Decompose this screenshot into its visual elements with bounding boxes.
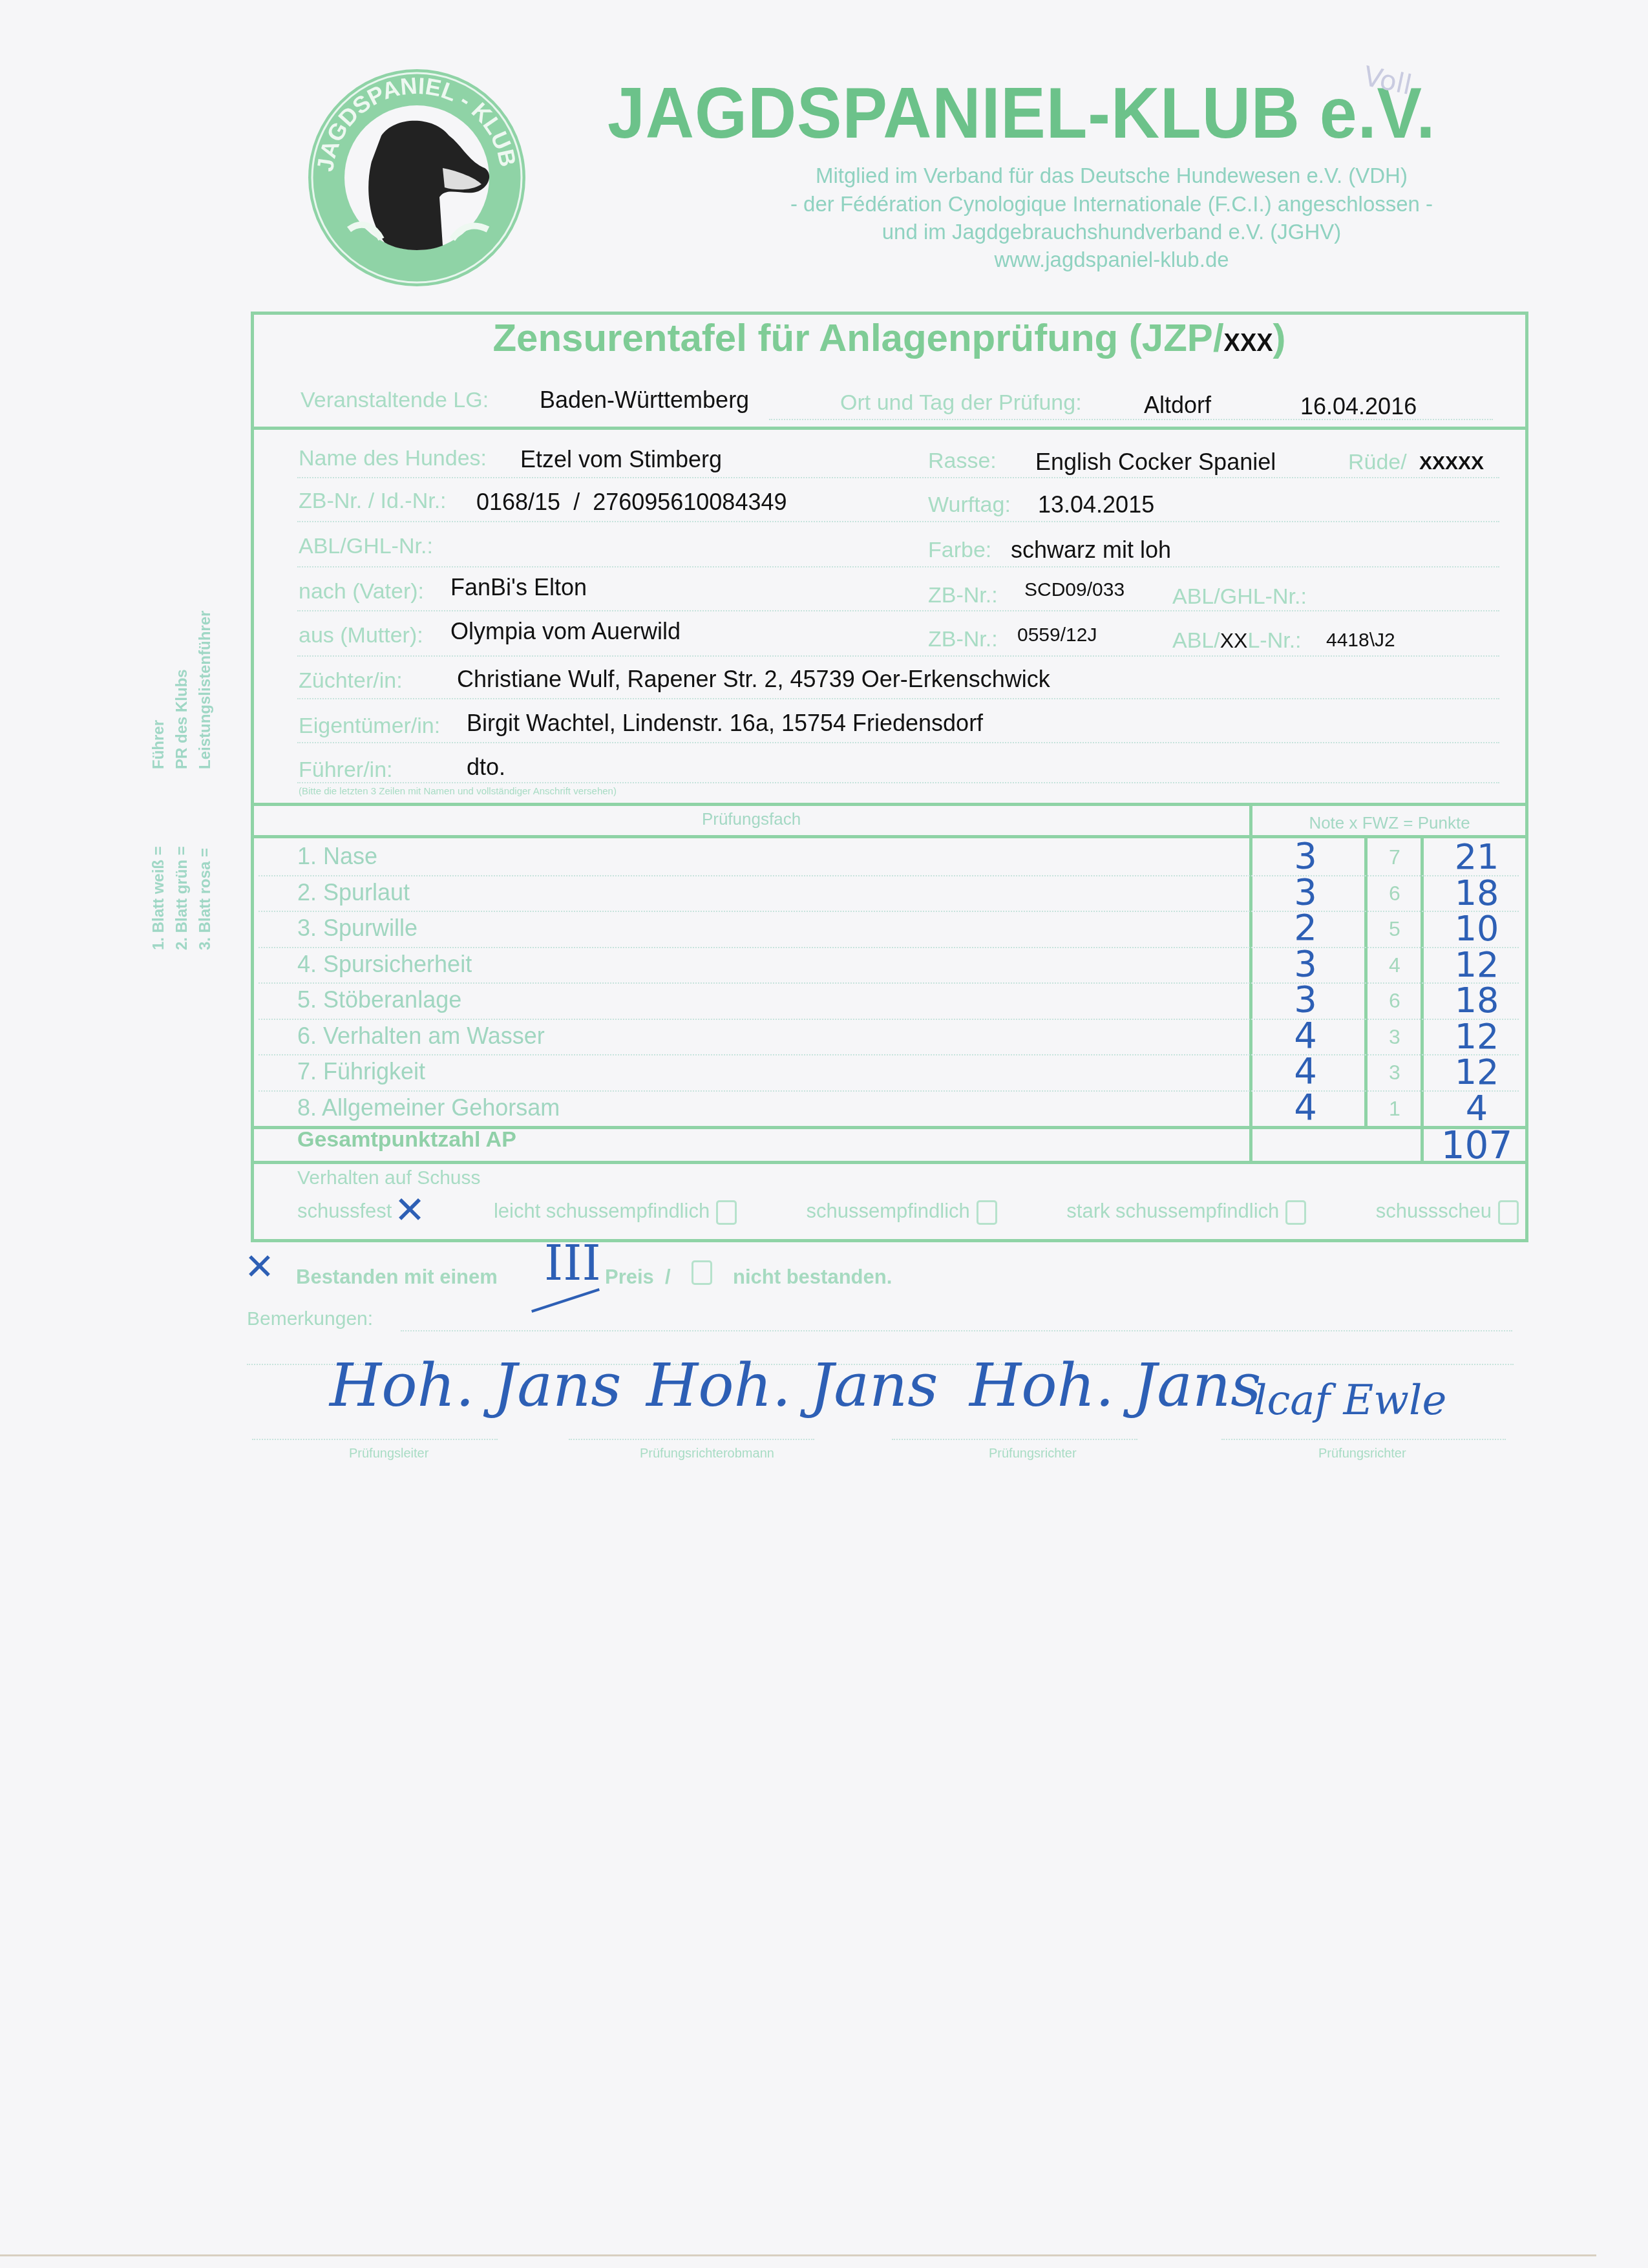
checkbox-icon[interactable] xyxy=(1498,1200,1519,1225)
gun-option-label: stark schussempfindlich xyxy=(1066,1200,1279,1222)
gun-option[interactable]: leicht schussempfindlich xyxy=(494,1200,737,1225)
paper-edge xyxy=(0,2254,1596,2256)
checkbox-icon[interactable] xyxy=(716,1200,737,1225)
dam-abl-label: ABL/XXL-Nr.: xyxy=(1172,628,1302,653)
fwz-value: 4 xyxy=(1369,953,1421,977)
redacted-mark: XXX xyxy=(1224,330,1273,357)
fwz-value: 6 xyxy=(1369,882,1421,906)
gun-option-label: schussscheu xyxy=(1376,1200,1492,1222)
dam-value: Olympia vom Auerwild xyxy=(450,618,681,645)
calc-header: Note x FWZ = Punkte xyxy=(1254,813,1525,833)
points-value: 10 xyxy=(1428,908,1525,949)
signature-role-label: Prüfungsrichter xyxy=(1318,1447,1406,1461)
subject-label: 4. Spursicherheit xyxy=(297,951,472,978)
breeder-label: Züchter/in: xyxy=(299,668,403,694)
signature: Hoh. Jans xyxy=(969,1351,1262,1420)
form-title: Zensurentafel für Anlagenprüfung (JZP/XX… xyxy=(252,315,1527,360)
prize-label: Preis / xyxy=(605,1266,671,1289)
subject-label: 1. Nase xyxy=(297,843,377,870)
breed-label: Rasse: xyxy=(928,449,997,474)
sire-label: nach (Vater): xyxy=(299,579,424,604)
dam-abl-redacted: XX xyxy=(1220,629,1248,652)
membership-line-3: und im Jagdgebrauchshundverband e.V. (JG… xyxy=(692,220,1532,244)
dam-abl-value: 4418\J2 xyxy=(1326,630,1395,652)
fwz-value: 7 xyxy=(1369,845,1421,869)
subject-label: 6. Verhalten am Wasser xyxy=(297,1023,545,1050)
dam-label: aus (Mutter): xyxy=(299,623,423,648)
dam-zb-value: 0559/12J xyxy=(1017,624,1097,646)
subject-label: 2. Spurlaut xyxy=(297,879,410,906)
subject-header: Prüfungsfach xyxy=(252,809,1251,829)
prize-underline xyxy=(531,1288,600,1313)
total-label: Gesamtpunktzahl AP xyxy=(297,1127,516,1152)
checkbox-icon[interactable] xyxy=(977,1200,997,1225)
fwz-value: 3 xyxy=(1369,1025,1421,1049)
sex-redacted: XXXXX xyxy=(1419,452,1484,474)
lg-label: Veranstaltende LG: xyxy=(301,388,489,413)
prize-value: III xyxy=(544,1236,601,1291)
gun-option-label: schussempfindlich xyxy=(807,1200,970,1222)
sire-abl-label: ABL/GHL-Nr.: xyxy=(1172,584,1307,609)
failed-label: nicht bestanden. xyxy=(733,1266,892,1289)
points-value: 18 xyxy=(1428,980,1525,1021)
membership-line-2: - der Fédération Cynologique Internation… xyxy=(692,192,1532,217)
owner-label: Eigentümer/in: xyxy=(299,714,440,739)
remarks-label: Bemerkungen: xyxy=(247,1308,373,1330)
zb-id-value: 0168/15 / 276095610084349 xyxy=(476,489,787,516)
sheet-2-note: 2. Blatt grün = xyxy=(173,846,191,950)
subject-label: 7. Führigkeit xyxy=(297,1058,425,1085)
gun-option[interactable]: schussempfindlich xyxy=(807,1200,997,1225)
gun-option-label: schussfest xyxy=(297,1200,392,1222)
color-label: Farbe: xyxy=(928,538,991,563)
breeder-value: Christiane Wulf, Rapener Str. 2, 45739 O… xyxy=(457,666,1050,693)
points-value: 18 xyxy=(1428,873,1525,913)
color-value: schwarz mit loh xyxy=(1011,536,1171,564)
handler-value: dto. xyxy=(467,754,505,781)
signature: Hoh. Jans xyxy=(646,1351,938,1420)
sheet-3-note: 3. Blatt rosa = xyxy=(196,848,215,950)
subject-label: 8. Allgemeiner Gehorsam xyxy=(297,1094,560,1121)
gun-option[interactable]: schussscheu xyxy=(1376,1200,1519,1225)
dog-name-label: Name des Hundes: xyxy=(299,446,487,471)
signature: lcaf Ewle xyxy=(1254,1377,1446,1425)
fwz-value: 5 xyxy=(1369,917,1421,941)
owner-value: Birgit Wachtel, Lindenstr. 16a, 15754 Fr… xyxy=(467,710,983,737)
fwz-value: 6 xyxy=(1369,989,1421,1013)
sheet-1-note: 1. Blatt weiß = xyxy=(150,846,168,950)
zb-id-label: ZB-Nr. / Id.-Nr.: xyxy=(299,489,447,514)
dog-name-value: Etzel vom Stimberg xyxy=(520,446,722,473)
place-date-label: Ort und Tag der Prüfung: xyxy=(840,390,1082,416)
signature-role-label: Prüfungsrichter xyxy=(989,1447,1077,1461)
fwz-value: 1 xyxy=(1369,1097,1421,1121)
membership-line-1: Mitglied im Verband für das Deutsche Hun… xyxy=(692,164,1532,188)
gun-options: schussfest✕leicht schussempfindlichschus… xyxy=(297,1200,1519,1225)
passed-check[interactable]: ✕ xyxy=(244,1246,275,1288)
handler-label: Führer/in: xyxy=(299,758,393,783)
place-value: Altdorf xyxy=(1144,392,1211,419)
signature-role-label: Prüfungsrichterobmann xyxy=(640,1447,774,1461)
signature-role-label: Prüfungsleiter xyxy=(349,1447,428,1461)
sire-value: FanBi's Elton xyxy=(450,574,587,601)
failed-checkbox[interactable] xyxy=(692,1260,712,1285)
whelp-date-value: 13.04.2015 xyxy=(1038,491,1154,518)
sheet-1-recipient: Führer xyxy=(150,720,168,769)
abl-label: ABL/GHL-Nr.: xyxy=(299,534,433,559)
dam-zb-label: ZB-Nr.: xyxy=(928,627,998,652)
signature: Hoh. Jans xyxy=(330,1351,622,1420)
club-logo: JAGDSPANIEL - KLUB e.V. xyxy=(304,65,530,291)
points-value: 4 xyxy=(1428,1088,1525,1129)
sheet-3-recipient: Leistungslistenführer xyxy=(196,611,215,769)
club-name: JAGDSPANIEL-KLUB e.V. xyxy=(607,71,1435,154)
breed-value: English Cocker Spaniel xyxy=(1035,449,1276,476)
points-value: 12 xyxy=(1428,1052,1525,1092)
subject-label: 3. Spurwille xyxy=(297,915,417,942)
points-value: 12 xyxy=(1428,944,1525,985)
checkbox-icon[interactable] xyxy=(1285,1200,1306,1225)
fwz-value: 3 xyxy=(1369,1061,1421,1085)
sheet-2-recipient: PR des Klubs xyxy=(173,669,191,769)
points-value: 12 xyxy=(1428,1016,1525,1057)
gun-label: Verhalten auf Schuss xyxy=(297,1167,481,1189)
club-website: www.jagdspaniel-klub.de xyxy=(692,248,1532,272)
handler-hint: (Bitte die letzten 3 Zeilen mit Namen un… xyxy=(299,786,617,797)
sire-zb-value: SCD09/033 xyxy=(1024,579,1125,601)
whelp-date-label: Wurftag: xyxy=(928,493,1011,518)
subject-label: 5. Stöberanlage xyxy=(297,986,461,1013)
passed-label: Bestanden mit einem xyxy=(296,1266,498,1289)
gun-option[interactable]: schussfest✕ xyxy=(297,1200,392,1225)
sire-zb-label: ZB-Nr.: xyxy=(928,583,998,608)
lg-value: Baden-Württemberg xyxy=(540,387,749,414)
points-value: 21 xyxy=(1428,836,1525,877)
gun-option-label: leicht schussempfindlich xyxy=(494,1200,710,1222)
sex-label: Rüde/ xyxy=(1348,450,1407,475)
checkbox-checked-icon[interactable]: ✕ xyxy=(394,1188,426,1232)
gun-option[interactable]: stark schussempfindlich xyxy=(1066,1200,1306,1225)
exam-date: 16.04.2016 xyxy=(1300,393,1417,420)
note-value: 4 xyxy=(1267,1086,1344,1129)
